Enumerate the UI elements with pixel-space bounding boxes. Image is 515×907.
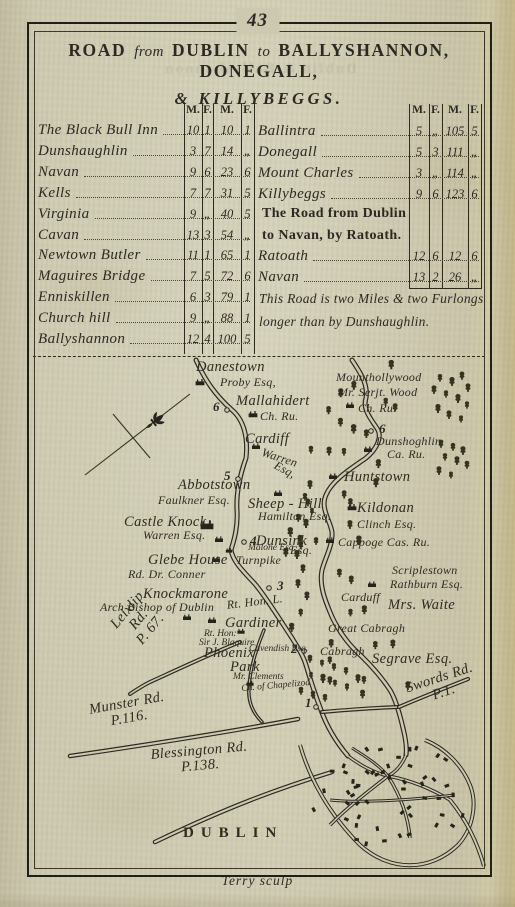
city-building-block xyxy=(386,763,390,768)
dublin-city-layer xyxy=(300,740,484,866)
tree-icon xyxy=(390,640,395,649)
city-building-block xyxy=(444,783,449,788)
tree-icon xyxy=(327,676,332,684)
house-icon xyxy=(348,504,357,510)
city-street-infill xyxy=(388,776,410,838)
map-label: Great Cabragh xyxy=(328,622,405,635)
city-building-block xyxy=(341,763,345,768)
table-header-miles-furlongs: M. xyxy=(442,104,468,117)
city-building-block xyxy=(311,807,316,812)
milestone-number: 3 xyxy=(277,579,284,592)
city-building-block xyxy=(364,747,369,752)
cumulative-distance-value: 72 xyxy=(213,268,241,284)
tree-icon xyxy=(333,680,337,687)
cumulative-distance-value: „ xyxy=(241,227,254,243)
map-label: Proby Esq, xyxy=(220,376,276,389)
house-icon xyxy=(208,617,216,623)
title-word: Dublin xyxy=(172,40,250,60)
tree-icon xyxy=(465,461,470,469)
stage-distance-value: 6 xyxy=(429,248,442,264)
tree-icon xyxy=(304,592,309,601)
map-label: Ch. Ru. xyxy=(358,402,396,415)
city-building-block xyxy=(443,757,448,762)
stage-distance-value: 3 xyxy=(184,143,202,159)
tree-icon xyxy=(332,663,336,670)
tree-icon xyxy=(459,415,463,422)
place-name: Kells xyxy=(38,184,71,202)
map-label: Abbotstown xyxy=(178,478,250,493)
tree-icon xyxy=(364,429,369,438)
fleur-de-lis-icon xyxy=(142,410,167,434)
city-building-block xyxy=(414,745,418,750)
map-label: Ca. Ru. xyxy=(387,448,425,461)
cumulative-distance-value: 111 xyxy=(442,144,468,160)
distance-row: Ratoath126126 xyxy=(258,245,483,265)
city-building-block xyxy=(378,747,383,751)
place-name: Enniskillen xyxy=(38,288,110,306)
tree-icon xyxy=(435,404,440,413)
city-building-block xyxy=(450,823,455,828)
map-title: Road from Dublin to Ballyshannon, Donega… xyxy=(34,40,484,108)
city-building-block xyxy=(343,770,348,775)
stage-distance-value: 13 xyxy=(184,227,202,243)
tree-icon xyxy=(451,443,456,451)
milestone-circle xyxy=(225,408,230,413)
place-name: Ratoath xyxy=(258,247,308,265)
place-name: Cavan xyxy=(38,226,79,244)
milestone-number: 6 xyxy=(379,422,386,435)
atlas-page: Dublin & Ballyshannon 43 Road from Dubli… xyxy=(0,0,515,907)
stage-distance-value: 3 xyxy=(202,227,213,243)
map-label: Dublin xyxy=(183,826,283,841)
cumulative-distance-value: 123 xyxy=(442,186,468,202)
tree-icon xyxy=(449,471,453,478)
table-header-miles-furlongs: M. xyxy=(213,104,241,117)
tree-icon xyxy=(308,655,313,663)
stage-distance-value: 5 xyxy=(409,123,429,139)
house-icon xyxy=(364,446,372,452)
stage-distance-value: 9 xyxy=(184,310,202,326)
tree-icon xyxy=(389,360,394,369)
city-street xyxy=(388,776,410,838)
map-label: Cardiff xyxy=(245,432,289,447)
stage-distance-value: „ xyxy=(202,310,213,326)
cumulative-distance-value: 40 xyxy=(213,206,241,222)
place-name: Navan xyxy=(38,163,79,181)
stage-distance-value: 7 xyxy=(202,143,213,159)
city-building-block xyxy=(388,775,391,780)
distance-row: Virginia9„405 xyxy=(38,203,254,223)
tree-icon xyxy=(436,466,441,475)
place-name: The Black Bull Inn xyxy=(38,121,158,139)
stage-distance-value: 6 xyxy=(202,164,213,180)
place-name: Church hill xyxy=(38,309,111,327)
compass-cross-line xyxy=(113,414,150,458)
cumulative-distance-value: „ xyxy=(468,165,481,181)
city-building-block xyxy=(451,793,454,798)
cumulative-distance-value: „ xyxy=(468,269,481,285)
city-building-block xyxy=(401,788,406,791)
stage-distance-value: 7 xyxy=(184,268,202,284)
milestone-circle xyxy=(369,429,374,434)
map-label: Huntstown xyxy=(344,470,410,485)
stage-distance-value: 6 xyxy=(184,289,202,305)
milestone-number: 2 xyxy=(291,642,298,655)
city-building-block xyxy=(422,775,427,780)
tree-icon xyxy=(376,459,381,468)
cumulative-distance-value: 114 xyxy=(442,165,468,181)
cumulative-distance-value: 54 xyxy=(213,227,241,243)
map-label: Scriplestown xyxy=(392,564,458,577)
stage-distance-value: 2 xyxy=(429,269,442,285)
city-building-block xyxy=(346,790,351,795)
cumulative-distance-value: 100 xyxy=(213,331,241,347)
tree-icon xyxy=(355,674,360,683)
stage-distance-value: 1 xyxy=(202,247,213,263)
map-label: Cavendish Esq. xyxy=(249,644,308,654)
city-building-block xyxy=(364,841,368,846)
distance-row: Dunshaughlin3714„ xyxy=(38,140,254,160)
tree-icon xyxy=(345,683,349,690)
cumulative-distance-value: 5 xyxy=(241,331,254,347)
cumulative-distance-value: „ xyxy=(468,144,481,160)
tree-icon xyxy=(444,390,448,397)
tree-icon xyxy=(360,690,365,699)
city-building-block xyxy=(406,805,411,810)
place-name: Donegall xyxy=(258,143,317,161)
tree-icon xyxy=(323,694,328,702)
tree-icon xyxy=(298,609,303,617)
table-header-miles-furlongs: M. xyxy=(409,104,429,117)
house-icon xyxy=(368,581,376,587)
map-label: Clinch Esq. xyxy=(357,518,416,531)
cumulative-distance-value: 31 xyxy=(213,185,241,201)
tree-icon xyxy=(466,383,471,391)
cumulative-distance-value: 1 xyxy=(241,247,254,263)
map-top-dashed-border xyxy=(33,356,485,357)
tree-icon xyxy=(447,410,452,418)
cumulative-distance-value: 1 xyxy=(241,122,254,138)
tree-icon xyxy=(320,660,324,667)
tree-icon xyxy=(342,448,347,456)
table-header-miles-furlongs: M. xyxy=(184,104,202,117)
tree-icon xyxy=(349,576,354,585)
map-label: Mounthollywood xyxy=(336,371,422,384)
map-label: Turnpike xyxy=(236,554,281,567)
table-header-miles-furlongs: F. xyxy=(241,104,254,117)
map-label: Kildonan xyxy=(357,501,414,516)
distance-row: Mount Charles3„114„ xyxy=(258,162,483,182)
city-building-block xyxy=(353,785,358,789)
house-icon xyxy=(215,536,223,542)
cumulative-distance-value: 6 xyxy=(468,248,481,264)
stage-distance-value: 9 xyxy=(409,186,429,202)
city-building-block xyxy=(407,764,412,768)
city-building-block xyxy=(398,833,403,838)
city-building-block xyxy=(431,777,436,782)
tree-icon xyxy=(295,579,300,588)
map-label: Mr. Serjt. Wood xyxy=(338,386,417,399)
map-label: Rathburn Esq. xyxy=(390,578,463,591)
distance-row: Cavan13354„ xyxy=(38,224,254,244)
map-label: Mrs. Waite xyxy=(388,598,455,613)
milestone-number: 6 xyxy=(213,400,220,413)
house-icon xyxy=(346,402,354,408)
table-header-miles-furlongs: F. xyxy=(202,104,213,117)
stage-distance-value: 5 xyxy=(409,144,429,160)
stage-distance-value: 13 xyxy=(409,269,429,285)
house-icon xyxy=(329,473,337,479)
map-label: Cabragh xyxy=(320,645,365,658)
milestone-number: 1 xyxy=(305,696,312,709)
cumulative-distance-value: 14 xyxy=(213,143,241,159)
distance-row: Killybeggs961236 xyxy=(258,183,483,203)
city-building-block xyxy=(396,756,401,759)
stage-distance-value: 12 xyxy=(409,248,429,264)
distance-row: Navan13226„ xyxy=(258,266,483,286)
map-label: Glebe House xyxy=(148,553,228,568)
stage-distance-value: 12 xyxy=(184,331,202,347)
tree-icon xyxy=(326,406,331,414)
comparison-note: longer than by Dunshaughlin. xyxy=(259,315,429,329)
map-label: Segrave Esq. xyxy=(372,652,453,667)
tree-icon xyxy=(465,401,469,408)
map-label: Faulkner Esq. xyxy=(158,494,230,507)
city-street-infill xyxy=(300,740,474,865)
cumulative-distance-value: 12 xyxy=(442,248,468,264)
cumulative-distance-value: 6 xyxy=(241,268,254,284)
stage-distance-value: 3 xyxy=(409,165,429,181)
cumulative-distance-value: 65 xyxy=(213,247,241,263)
city-building-block xyxy=(382,839,387,843)
tree-icon xyxy=(460,371,465,379)
tree-icon xyxy=(337,569,342,577)
map-label: Carduff xyxy=(341,591,380,604)
tree-icon xyxy=(314,537,319,545)
tree-icon xyxy=(307,480,312,489)
map-label: Warren Esq. xyxy=(143,529,205,542)
place-name: Dunshaughlin xyxy=(38,142,128,160)
distance-row: Newtown Butler111651 xyxy=(38,244,254,264)
stage-distance-value: 10 xyxy=(184,122,202,138)
tree-icon xyxy=(347,520,352,529)
title-word: to xyxy=(258,44,271,60)
cumulative-distance-value: 79 xyxy=(213,289,241,305)
house-icon xyxy=(183,614,191,620)
tree-icon xyxy=(348,609,352,617)
stage-distance-value: 1 xyxy=(202,122,213,138)
distance-row: Maguires Bridge75726 xyxy=(38,265,254,285)
stage-distance-value: 7 xyxy=(184,185,202,201)
tree-icon xyxy=(455,394,460,403)
compass-north-indicator xyxy=(85,394,190,475)
tree-icon xyxy=(460,446,465,455)
city-building-block xyxy=(375,826,379,831)
distance-row: Donegall53111„ xyxy=(258,141,483,161)
route-note: to Navan, by Ratoath. xyxy=(262,229,401,243)
table-header-miles-furlongs: F. xyxy=(468,104,481,117)
city-building-block xyxy=(355,823,358,828)
milestone-circle xyxy=(314,705,319,710)
map-label: Danestown xyxy=(196,360,265,375)
cumulative-distance-value: 5 xyxy=(468,123,481,139)
tree-icon xyxy=(300,564,305,573)
milestone-circle xyxy=(267,586,272,591)
table-column-rule xyxy=(254,104,255,354)
stage-distance-value: 4 xyxy=(202,331,213,347)
stage-distance-value: 11 xyxy=(184,247,202,263)
distance-row: The Black Bull Inn101101 xyxy=(38,119,254,139)
tree-icon xyxy=(342,490,347,498)
tree-icon xyxy=(454,456,459,465)
city-building-block xyxy=(408,747,411,752)
tree-icon xyxy=(320,674,325,683)
cumulative-distance-value: 10 xyxy=(213,122,241,138)
title-line-1: Road from Dublin to Ballyshannon, Donega… xyxy=(34,40,484,82)
milestone-number: 5 xyxy=(224,469,231,482)
title-word: from xyxy=(134,44,164,60)
cumulative-distance-value: 5 xyxy=(241,206,254,222)
place-name: Ballintra xyxy=(258,122,316,140)
cumulative-distance-value: 105 xyxy=(442,123,468,139)
map-label: Ch. Ru. xyxy=(260,410,298,423)
cumulative-distance-value: 23 xyxy=(213,164,241,180)
stage-distance-value: 9 xyxy=(184,206,202,222)
table-bottom-rule xyxy=(409,288,482,289)
house-icon xyxy=(196,379,205,385)
city-building-block xyxy=(357,814,362,819)
place-name: Ballyshannon xyxy=(38,330,125,348)
cumulative-distance-value: 6 xyxy=(468,186,481,202)
city-building-block xyxy=(344,817,349,822)
city-building-block xyxy=(440,813,445,817)
stage-distance-value: 9 xyxy=(184,164,202,180)
map-label: Rd. Dr. Conner xyxy=(128,568,206,581)
tree-icon xyxy=(443,453,447,461)
comparison-note: This Road is two Miles & two Furlongs xyxy=(259,292,484,306)
page-number: 43 xyxy=(236,8,279,34)
compass-north-line xyxy=(85,394,190,475)
tree-icon xyxy=(344,667,348,675)
place-name: Killybeggs xyxy=(258,185,326,203)
place-name: Virginia xyxy=(38,205,90,223)
map-label: Hamilton Esq. xyxy=(258,510,331,523)
stage-distance-value: 3 xyxy=(202,289,213,305)
stage-distance-value: 6 xyxy=(429,186,442,202)
stage-distance-value: „ xyxy=(429,165,442,181)
stage-distance-value: 5 xyxy=(202,268,213,284)
cumulative-distance-value: 88 xyxy=(213,310,241,326)
stage-distance-value: 7 xyxy=(202,185,213,201)
cumulative-distance-value: 26 xyxy=(442,269,468,285)
distance-row: Church hill9„881 xyxy=(38,307,254,327)
tree-icon xyxy=(438,374,443,382)
cumulative-distance-value: „ xyxy=(241,143,254,159)
house-icon xyxy=(249,411,258,417)
map-label: Mallahidert xyxy=(236,394,310,409)
city-building-block xyxy=(350,793,355,798)
tree-icon xyxy=(309,446,314,454)
milestone-number: 4 xyxy=(250,534,257,547)
place-name: Newtown Butler xyxy=(38,246,141,264)
map-label: Cappoge Cas. Ru. xyxy=(338,536,430,549)
tree-icon xyxy=(362,605,367,614)
tree-icon xyxy=(449,377,454,386)
cumulative-distance-value: 1 xyxy=(241,289,254,305)
engraver-imprint: Terry sculp xyxy=(0,874,515,888)
table-header-miles-furlongs: F. xyxy=(429,104,442,117)
distance-row: Ballyshannon1241005 xyxy=(38,328,254,348)
route-note: The Road from Dublin xyxy=(262,207,406,221)
city-building-block xyxy=(330,770,335,773)
distance-row: Navan96236 xyxy=(38,161,254,181)
place-name: Navan xyxy=(258,268,299,286)
city-building-block xyxy=(322,788,326,793)
tree-icon xyxy=(326,447,331,456)
place-name: Maguires Bridge xyxy=(38,267,146,285)
tree-icon xyxy=(348,498,353,506)
city-building-block xyxy=(434,822,439,827)
distance-row: Kells77315 xyxy=(38,182,254,202)
milestone-circle xyxy=(242,540,247,545)
city-building-block xyxy=(436,797,441,800)
distance-row: Enniskillen63791 xyxy=(38,286,254,306)
cumulative-distance-value: 6 xyxy=(241,164,254,180)
title-word: Road xyxy=(68,40,126,60)
stage-distance-value: „ xyxy=(429,123,442,139)
tree-icon xyxy=(362,676,367,684)
tree-icon xyxy=(431,385,436,394)
place-name: Mount Charles xyxy=(258,164,354,182)
distance-row: Ballintra5„1055 xyxy=(258,120,483,140)
city-building-block xyxy=(408,813,413,818)
stage-distance-value: 3 xyxy=(429,144,442,160)
city-building-block xyxy=(435,753,440,758)
cumulative-distance-value: 1 xyxy=(241,310,254,326)
tree-icon xyxy=(373,641,378,649)
city-building-block xyxy=(351,779,354,784)
tree-icon xyxy=(338,418,343,427)
stage-distance-value: „ xyxy=(202,206,213,222)
cumulative-distance-value: 5 xyxy=(241,185,254,201)
tree-icon xyxy=(351,424,357,433)
